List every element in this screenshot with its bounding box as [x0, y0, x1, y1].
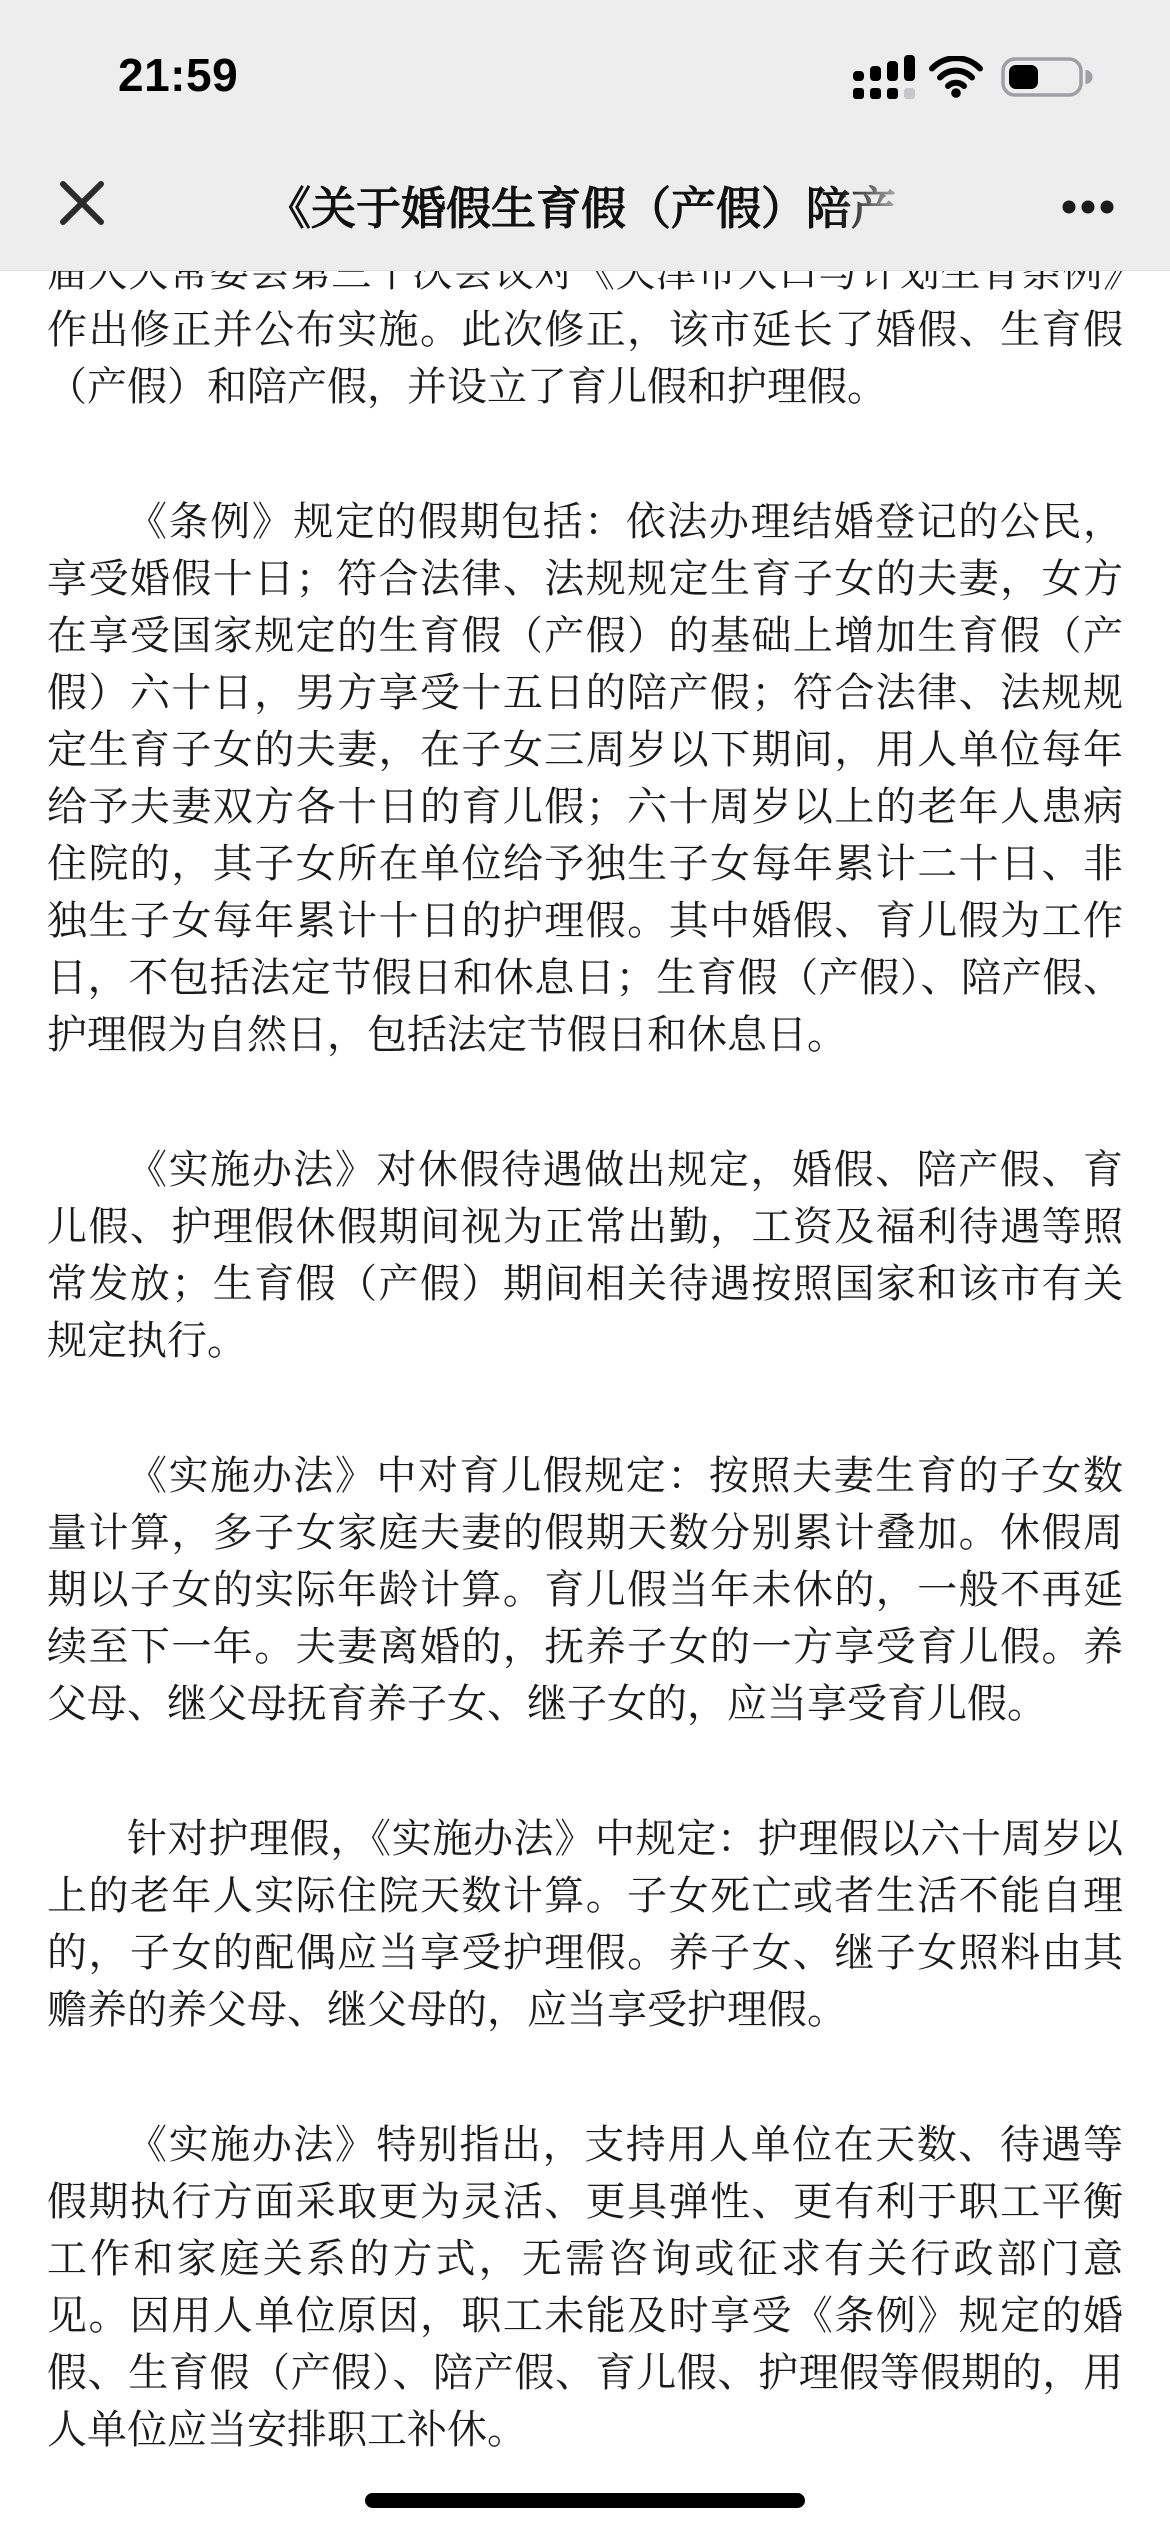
article-paragraph: 《条例》规定的假期包括：依法办理结婚登记的公民，享受婚假十日；符合法律、法规规定…	[47, 494, 1123, 1064]
status-time: 21:59	[118, 48, 238, 102]
close-icon	[58, 179, 106, 227]
page-title: 《关于婚假生育假（产假）陪产	[266, 178, 938, 240]
article-paragraph: 《实施办法》中对育儿假规定：按照夫妻生育的子女数量计算，多子女家庭夫妻的假期天数…	[47, 1448, 1123, 1733]
cellular-signal-icon	[853, 55, 915, 104]
close-button[interactable]	[58, 179, 106, 227]
ellipsis-icon	[1060, 198, 1116, 216]
article-paragraph: 《实施办法》对休假待遇做出规定，婚假、陪产假、育儿假、护理假休假期间视为正常出勤…	[47, 1142, 1123, 1370]
home-indicator[interactable]	[365, 2493, 805, 2508]
more-button[interactable]	[1060, 198, 1116, 216]
article-body: 届人大常委会第三十次会议对《天津市人口与计划生育条例》作出修正并公布实施。此次修…	[47, 245, 1123, 2532]
header-bar: 21:59	[0, 0, 1170, 271]
article-paragraph: 针对护理假，《实施办法》中规定：护理假以六十周岁以上的老年人实际住院天数计算。子…	[47, 1811, 1123, 2039]
article-paragraph: 《实施办法》特别指出，支持用人单位在天数、待遇等假期执行方面采取更为灵活、更具弹…	[47, 2117, 1123, 2459]
battery-icon	[1001, 57, 1093, 102]
wifi-icon	[928, 56, 984, 103]
